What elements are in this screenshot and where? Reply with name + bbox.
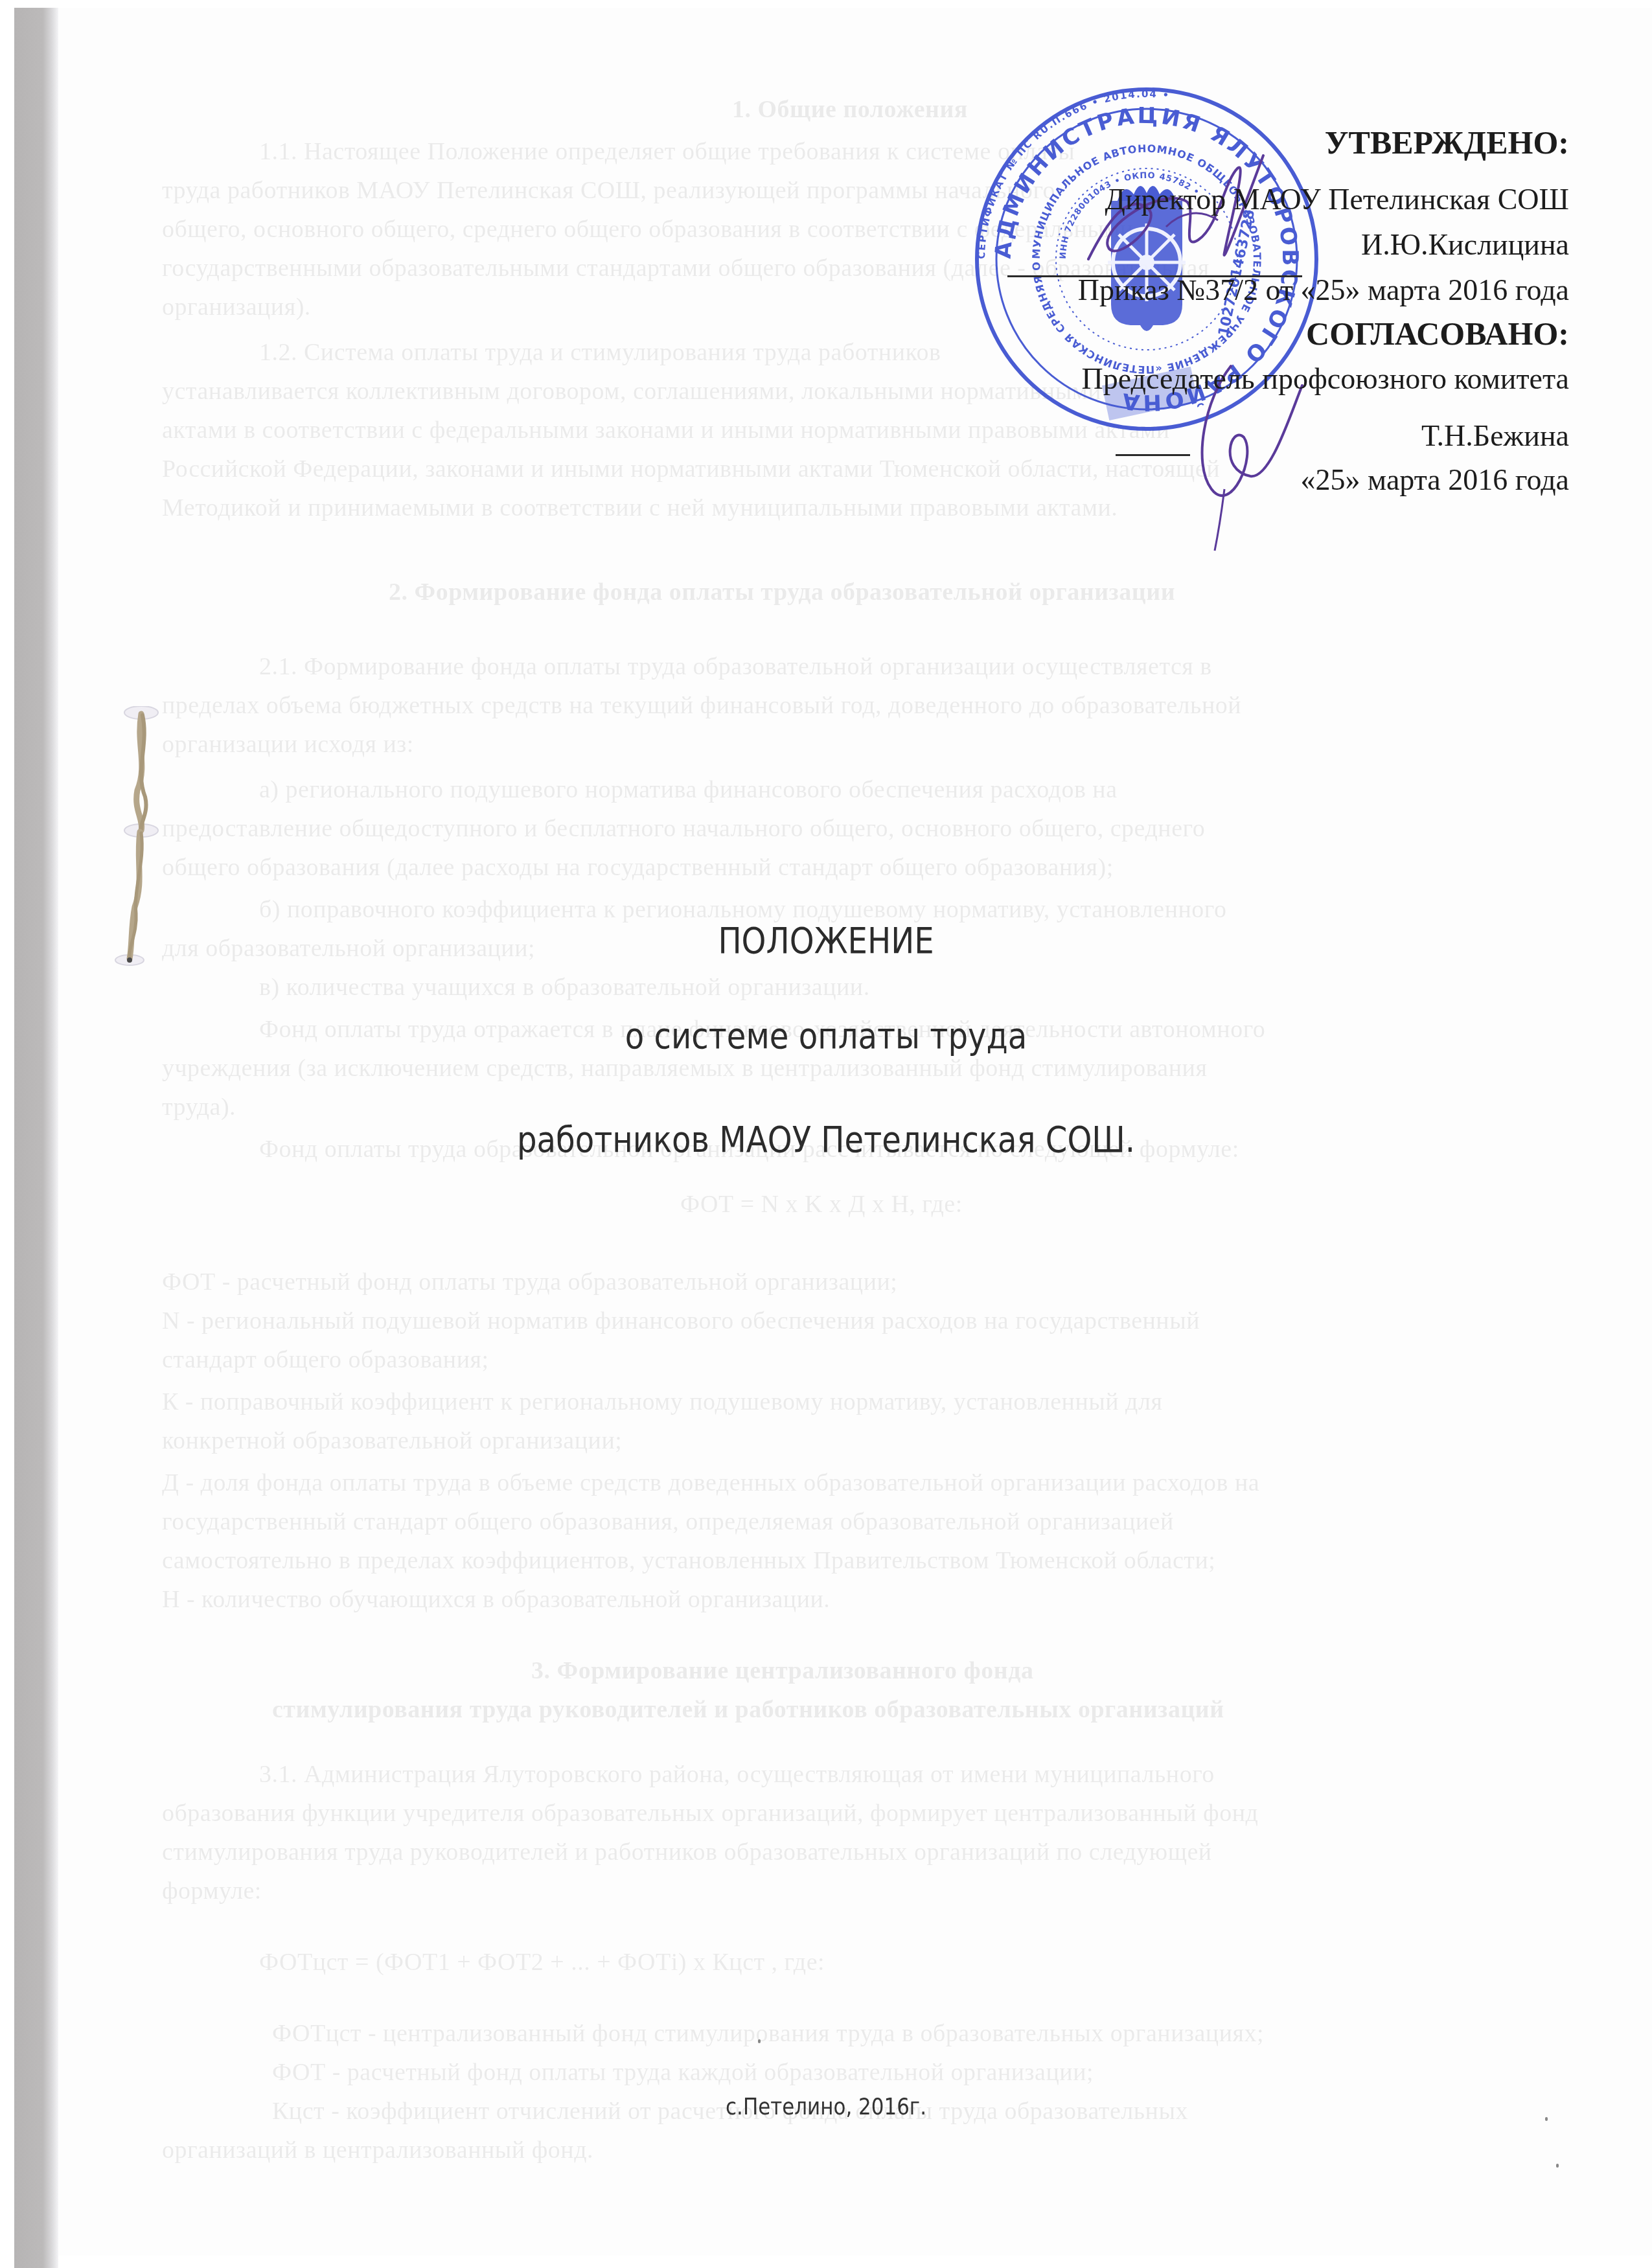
bleed-through-line: Н - количество обучающихся в образовател… <box>162 1587 830 1612</box>
bleed-through-line: 2.1. Формирование фонда оплаты труда обр… <box>259 654 1212 679</box>
agreement-date: «25» марта 2016 года <box>1301 465 1569 495</box>
document-subtitle-organization: работников МАОУ Петелинская СОШ. <box>116 1122 1537 1158</box>
bleed-through-line: 1.2. Система оплаты труда и стимулирован… <box>259 340 941 365</box>
place-and-year: с.Петелино, 2016г. <box>116 2096 1537 2119</box>
bleed-through-line: в) количества учащихся в образовательной… <box>259 975 870 1000</box>
bleed-through-line: общего образования (далее расходы на гос… <box>162 855 1114 880</box>
agreement-name: Т.Н.Бежина <box>1421 421 1569 451</box>
bleed-through-line: стандарт общего образования; <box>162 1347 489 1372</box>
bleed-through-line: б) поправочного коэффициента к региональ… <box>259 897 1226 922</box>
bleed-through-line: организаций в централизованный фонд. <box>162 2138 593 2162</box>
bleed-through-line: труда). <box>162 1095 236 1119</box>
bleed-through-line: пределах объема бюджетных средств на тек… <box>162 693 1241 718</box>
bleed-through-line: N - региональный подушевой норматив фина… <box>162 1309 1200 1333</box>
bleed-through-line: 3. Формирование централизованного фонда <box>531 1658 1033 1683</box>
bleed-through-line: Д - доля фонда оплаты труда в объеме сре… <box>162 1471 1259 1495</box>
bleed-through-line: организации исходя из: <box>162 732 414 757</box>
scan-edge-shadow <box>14 8 58 2268</box>
bleed-through-line: ФОТцст = (ФОТ1 + ФОТ2 + ... + ФОТi) х Кц… <box>259 1950 825 1975</box>
bleed-through-line: ФОТ = N х K х Д х Н, где: <box>680 1192 963 1217</box>
bleed-through-line: стимулирования труда руководителей и раб… <box>272 1697 1224 1722</box>
chairman-signature-line <box>1116 454 1190 456</box>
bleed-through-line: ФОТ - расчетный фонд оплаты труда образо… <box>162 1270 897 1294</box>
document-title: ПОЛОЖЕНИЕ <box>116 923 1537 959</box>
bleed-through-line: а) регионального подушевого норматива фи… <box>259 777 1118 802</box>
bleed-through-line: учреждения (за исключением средств, напр… <box>162 1056 1207 1081</box>
document-subtitle: о системе оплаты труда <box>116 1018 1537 1055</box>
bleed-through-line: организация). <box>162 295 311 319</box>
bleed-through-line: ФОТ - расчетный фонд оплаты труда каждой… <box>272 2060 1094 2085</box>
agreement-block: СОГЛАСОВАНО: Председатель профсоюзного к… <box>921 0 1569 492</box>
bleed-through-line: предоставление общедоступного и бесплатн… <box>162 816 1205 841</box>
bleed-through-line: самостоятельно в пределах коэффициентов,… <box>162 1548 1215 1573</box>
bleed-through-line: К - поправочный коэффициент к региональн… <box>162 1390 1162 1414</box>
bleed-through-line: 2. Формирование фонда оплаты труда образ… <box>389 580 1175 604</box>
bleed-through-line: конкретной образовательной организации; <box>162 1428 622 1453</box>
bleed-through-line: 3.1. Администрация Ялуторовского района,… <box>259 1762 1215 1787</box>
agreement-heading: СОГЛАСОВАНО: <box>1306 317 1569 350</box>
scan-speck <box>1556 2164 1559 2168</box>
bleed-through-line: стимулирования труда руководителей и раб… <box>162 1840 1212 1864</box>
scan-speck <box>1545 2117 1548 2121</box>
bleed-through-line: образования функции учредителя образоват… <box>162 1801 1258 1826</box>
scan-speck <box>758 2039 761 2043</box>
bleed-through-line: Методикой и принимаемыми в соответствии … <box>162 496 1118 520</box>
agreement-position: Председатель профсоюзного комитета <box>1082 364 1570 394</box>
bleed-through-line: ФОТцст - централизованный фонд стимулиро… <box>272 2021 1264 2046</box>
bleed-through-line: государственный стандарт общего образова… <box>162 1509 1174 1534</box>
bleed-through-line: формуле: <box>162 1879 262 1903</box>
